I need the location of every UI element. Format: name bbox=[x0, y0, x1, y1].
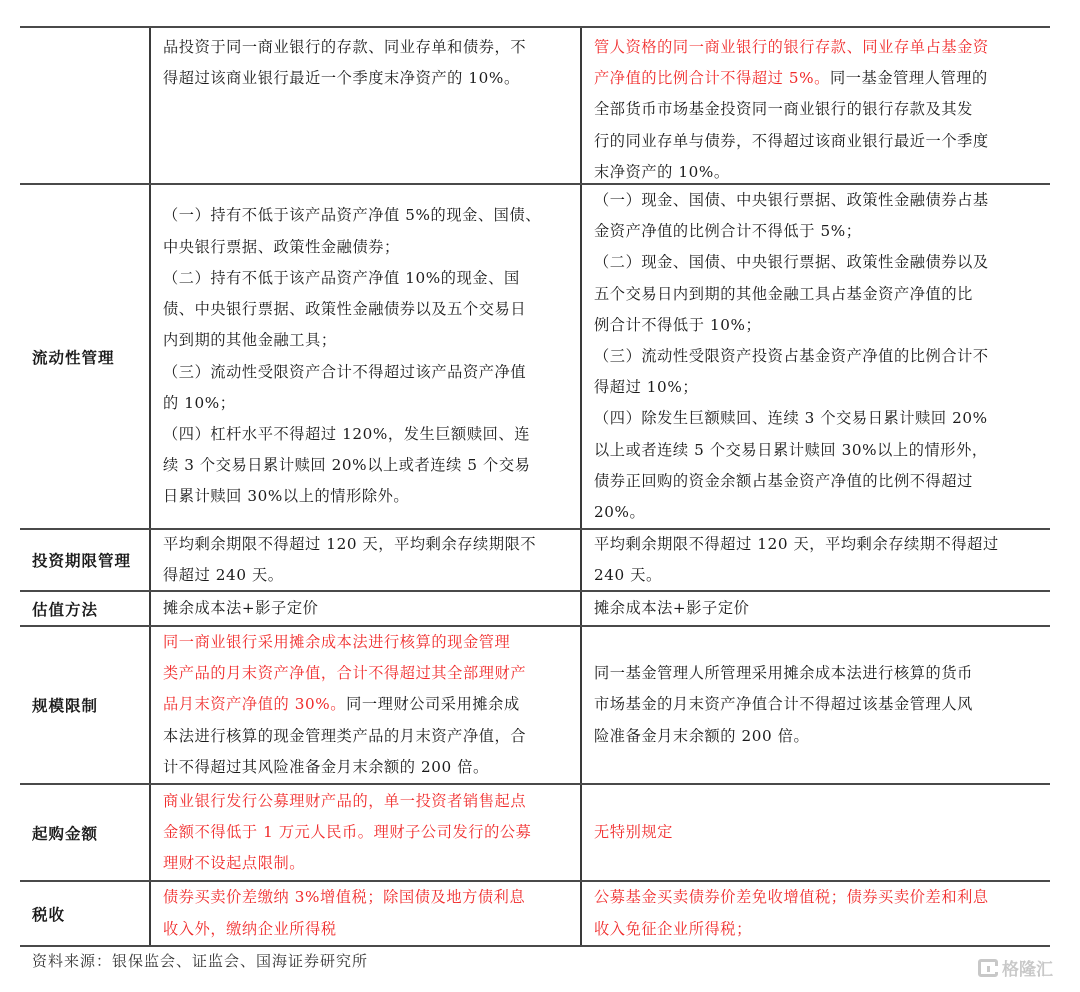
text-line: 中央银行票据、政策性金融债券； bbox=[163, 232, 574, 263]
text-line: 理财不设起点限制。 bbox=[163, 848, 574, 879]
text-line: 行的同业存单与债券，不得超过该商业银行最近一个季度 bbox=[594, 126, 1044, 157]
text-line: 平均剩余期限不得超过 120 天，平均剩余存续期限不 bbox=[163, 529, 574, 560]
text-line: 品月末资产净值的 30%。同一理财公司采用摊余成 bbox=[163, 689, 574, 720]
text-line: 产净值的比例合计不得超过 5%。同一基金管理人管理的 bbox=[594, 63, 1044, 94]
text-line: （三）流动性受限资产合计不得超过该产品资产净值 bbox=[163, 357, 574, 388]
text-line: （一）现金、国债、中央银行票据、政策性金融债券占基 bbox=[594, 185, 1044, 216]
table-row: 流动性管理（一）持有不低于该产品资产净值 5%的现金、国债、中央银行票据、政策性… bbox=[20, 185, 1050, 530]
text-line: 20%。 bbox=[594, 497, 1044, 528]
row-label bbox=[20, 28, 151, 183]
watermark: 格隆汇 bbox=[978, 955, 1053, 980]
row-label: 估值方法 bbox=[20, 592, 151, 625]
text-line: 平均剩余期限不得超过 120 天，平均剩余存续期不得超过 bbox=[594, 529, 1044, 560]
wealth-product-cell: 摊余成本法+影子定价 bbox=[151, 592, 582, 625]
text-line: 债、中央银行票据、政策性金融债券以及五个交易日 bbox=[163, 294, 574, 325]
text-line: 公募基金买卖债券价差免收增值税；债券买卖价差和利息 bbox=[594, 882, 1044, 913]
wealth-product-cell: 债券买卖价差缴纳 3%增值税；除国债及地方债利息收入外，缴纳企业所得税 bbox=[151, 882, 582, 945]
text-line: 债券买卖价差缴纳 3%增值税；除国债及地方债利息 bbox=[163, 882, 574, 913]
watermark-text: 格隆汇 bbox=[1002, 955, 1053, 980]
money-fund-cell: 摊余成本法+影子定价 bbox=[582, 592, 1050, 625]
text-line: （一）持有不低于该产品资产净值 5%的现金、国债、 bbox=[163, 200, 574, 231]
text-line: 商业银行发行公募理财产品的，单一投资者销售起点 bbox=[163, 786, 574, 817]
row-label: 规模限制 bbox=[20, 627, 151, 783]
text-line: （三）流动性受限资产投资占基金资产净值的比例合计不 bbox=[594, 341, 1044, 372]
text-line: 得超过该商业银行最近一个季度末净资产的 10%。 bbox=[163, 63, 574, 94]
text-line: 摊余成本法+影子定价 bbox=[163, 593, 574, 624]
text-line: 金资产净值的比例合计不得低于 5%； bbox=[594, 216, 1044, 247]
text-line: 类产品的月末资产净值，合计不得超过其全部理财产 bbox=[163, 658, 574, 689]
text-line: 得超过 10%； bbox=[594, 372, 1044, 403]
text-line: 以上或者连续 5 个交易日累计赎回 30%以上的情形外， bbox=[594, 435, 1044, 466]
text-line: 收入免征企业所得税； bbox=[594, 914, 1044, 945]
text-line: 续 3 个交易日累计赎回 20%以上或者连续 5 个交易 bbox=[163, 450, 574, 481]
text-line: 的 10%； bbox=[163, 388, 574, 419]
text-segment: 品月末资产净值的 30%。 bbox=[163, 695, 346, 713]
row-label: 流动性管理 bbox=[20, 185, 151, 528]
wealth-product-cell: 商业银行发行公募理财产品的，单一投资者销售起点金额不得低于 1 万元人民币。理财… bbox=[151, 785, 582, 880]
table-row: 投资期限管理平均剩余期限不得超过 120 天，平均剩余存续期限不得超过 240 … bbox=[20, 530, 1050, 592]
money-fund-cell: 同一基金管理人所管理采用摊余成本法进行核算的货币市场基金的月末资产净值合计不得超… bbox=[582, 627, 1050, 783]
text-line: 本法进行核算的现金管理类产品的月末资产净值，合 bbox=[163, 721, 574, 752]
text-line: 五个交易日内到期的其他金融工具占基金资产净值的比 bbox=[594, 279, 1044, 310]
wealth-product-cell: 平均剩余期限不得超过 120 天，平均剩余存续期限不得超过 240 天。 bbox=[151, 530, 582, 590]
text-segment: 同一基金管理人管理的 bbox=[830, 69, 988, 87]
text-line: 市场基金的月末资产净值合计不得超过该基金管理人风 bbox=[594, 689, 1044, 720]
row-label: 起购金额 bbox=[20, 785, 151, 880]
table-row: 估值方法摊余成本法+影子定价摊余成本法+影子定价 bbox=[20, 592, 1050, 627]
text-line: 末净资产的 10%。 bbox=[594, 157, 1044, 188]
text-segment: 产净值的比例合计不得超过 5%。 bbox=[594, 69, 830, 87]
text-segment: 同一理财公司采用摊余成 bbox=[346, 695, 520, 713]
text-line: 无特别规定 bbox=[594, 817, 1044, 848]
money-fund-cell: 管人资格的同一商业银行的银行存款、同业存单占基金资产净值的比例合计不得超过 5%… bbox=[582, 28, 1050, 183]
text-line: 收入外，缴纳企业所得税 bbox=[163, 914, 574, 945]
wealth-product-cell: 同一商业银行采用摊余成本法进行核算的现金管理类产品的月末资产净值，合计不得超过其… bbox=[151, 627, 582, 783]
table-row: 规模限制同一商业银行采用摊余成本法进行核算的现金管理类产品的月末资产净值，合计不… bbox=[20, 627, 1050, 785]
text-line: 日累计赎回 30%以上的情形除外。 bbox=[163, 481, 574, 512]
text-line: 计不得超过其风险准备金月末余额的 200 倍。 bbox=[163, 752, 574, 783]
comparison-table: 品投资于同一商业银行的存款、同业存单和债券，不得超过该商业银行最近一个季度末净资… bbox=[20, 26, 1050, 947]
money-fund-cell: 公募基金买卖债券价差免收增值税；债券买卖价差和利息收入免征企业所得税； bbox=[582, 882, 1050, 945]
text-line: 内到期的其他金融工具； bbox=[163, 325, 574, 356]
text-line: （四）杠杆水平不得超过 120%，发生巨额赎回、连 bbox=[163, 419, 574, 450]
text-line: 债券正回购的资金余额占基金资产净值的比例不得超过 bbox=[594, 466, 1044, 497]
text-line: 240 天。 bbox=[594, 560, 1044, 591]
text-line: 例合计不得低于 10%； bbox=[594, 310, 1044, 341]
money-fund-cell: 平均剩余期限不得超过 120 天，平均剩余存续期不得超过240 天。 bbox=[582, 530, 1050, 590]
text-line: 品投资于同一商业银行的存款、同业存单和债券，不 bbox=[163, 32, 574, 63]
row-label: 税收 bbox=[20, 882, 151, 945]
text-line: 险准备金月末余额的 200 倍。 bbox=[594, 721, 1044, 752]
row-label: 投资期限管理 bbox=[20, 530, 151, 590]
text-line: 同一基金管理人所管理采用摊余成本法进行核算的货币 bbox=[594, 658, 1044, 689]
source-note: 资料来源：银保监会、证监会、国海证券研究所 bbox=[32, 950, 368, 971]
watermark-logo-icon bbox=[978, 959, 998, 977]
table-row: 税收债券买卖价差缴纳 3%增值税；除国债及地方债利息收入外，缴纳企业所得税公募基… bbox=[20, 882, 1050, 947]
text-line: 摊余成本法+影子定价 bbox=[594, 593, 1044, 624]
text-line: 全部货币市场基金投资同一商业银行的银行存款及其发 bbox=[594, 94, 1044, 125]
text-line: 金额不得低于 1 万元人民币。理财子公司发行的公募 bbox=[163, 817, 574, 848]
text-line: （二）现金、国债、中央银行票据、政策性金融债券以及 bbox=[594, 247, 1044, 278]
text-line: （四）除发生巨额赎回、连续 3 个交易日累计赎回 20% bbox=[594, 403, 1044, 434]
wealth-product-cell: （一）持有不低于该产品资产净值 5%的现金、国债、中央银行票据、政策性金融债券；… bbox=[151, 185, 582, 528]
money-fund-cell: （一）现金、国债、中央银行票据、政策性金融债券占基金资产净值的比例合计不得低于 … bbox=[582, 185, 1050, 528]
text-line: 同一商业银行采用摊余成本法进行核算的现金管理 bbox=[163, 627, 574, 658]
table-row: 品投资于同一商业银行的存款、同业存单和债券，不得超过该商业银行最近一个季度末净资… bbox=[20, 28, 1050, 185]
money-fund-cell: 无特别规定 bbox=[582, 785, 1050, 880]
text-line: 管人资格的同一商业银行的银行存款、同业存单占基金资 bbox=[594, 32, 1044, 63]
text-line: 得超过 240 天。 bbox=[163, 560, 574, 591]
text-line: （二）持有不低于该产品资产净值 10%的现金、国 bbox=[163, 263, 574, 294]
wealth-product-cell: 品投资于同一商业银行的存款、同业存单和债券，不得超过该商业银行最近一个季度末净资… bbox=[151, 28, 582, 183]
table-row: 起购金额商业银行发行公募理财产品的，单一投资者销售起点金额不得低于 1 万元人民… bbox=[20, 785, 1050, 882]
